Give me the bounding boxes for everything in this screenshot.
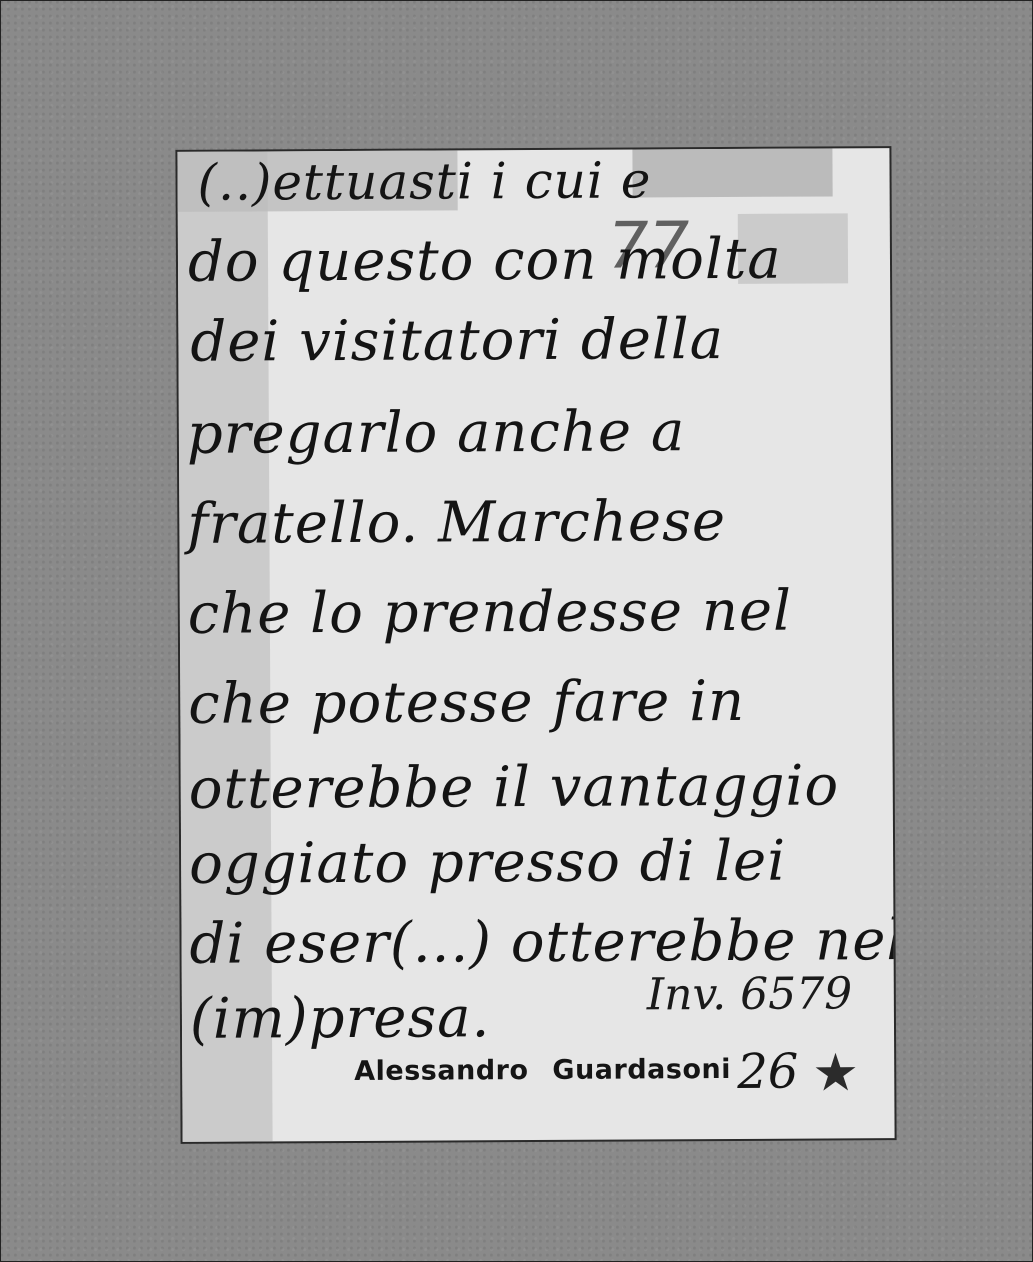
handwritten-line-8: otterebbe il vantaggio xyxy=(189,753,840,821)
handwritten-line-10: di eser(...) otterebbe nella xyxy=(189,908,894,977)
star-icon: ★ xyxy=(812,1043,859,1103)
handwritten-line-9: oggiato presso di lei xyxy=(189,829,786,897)
handwritten-line-2: do questo con molta xyxy=(188,227,782,295)
handwritten-line-7: che potesse fare in xyxy=(188,669,745,737)
handwritten-line-6: che lo prendesse nel xyxy=(188,579,792,647)
handwritten-line-4: pregarlo anche a xyxy=(187,399,686,467)
author-stamp: Alessandro Guardasoni xyxy=(354,1054,731,1087)
inventory-number: Inv. 6579 xyxy=(647,968,853,1020)
handwritten-line-11: (im)presa. xyxy=(190,985,491,1052)
handwritten-line-3: dei visitatori della xyxy=(190,307,724,375)
page-number: 26 xyxy=(737,1044,798,1100)
handwritten-line-5: fratello. Marchese xyxy=(187,489,726,557)
handwritten-line-1: (..)ettuasti i cui e xyxy=(197,151,651,211)
tape-strip-top-right xyxy=(632,148,832,197)
letter-fragment: 77 (..)ettuasti i cui e do questo con mo… xyxy=(177,148,894,1142)
